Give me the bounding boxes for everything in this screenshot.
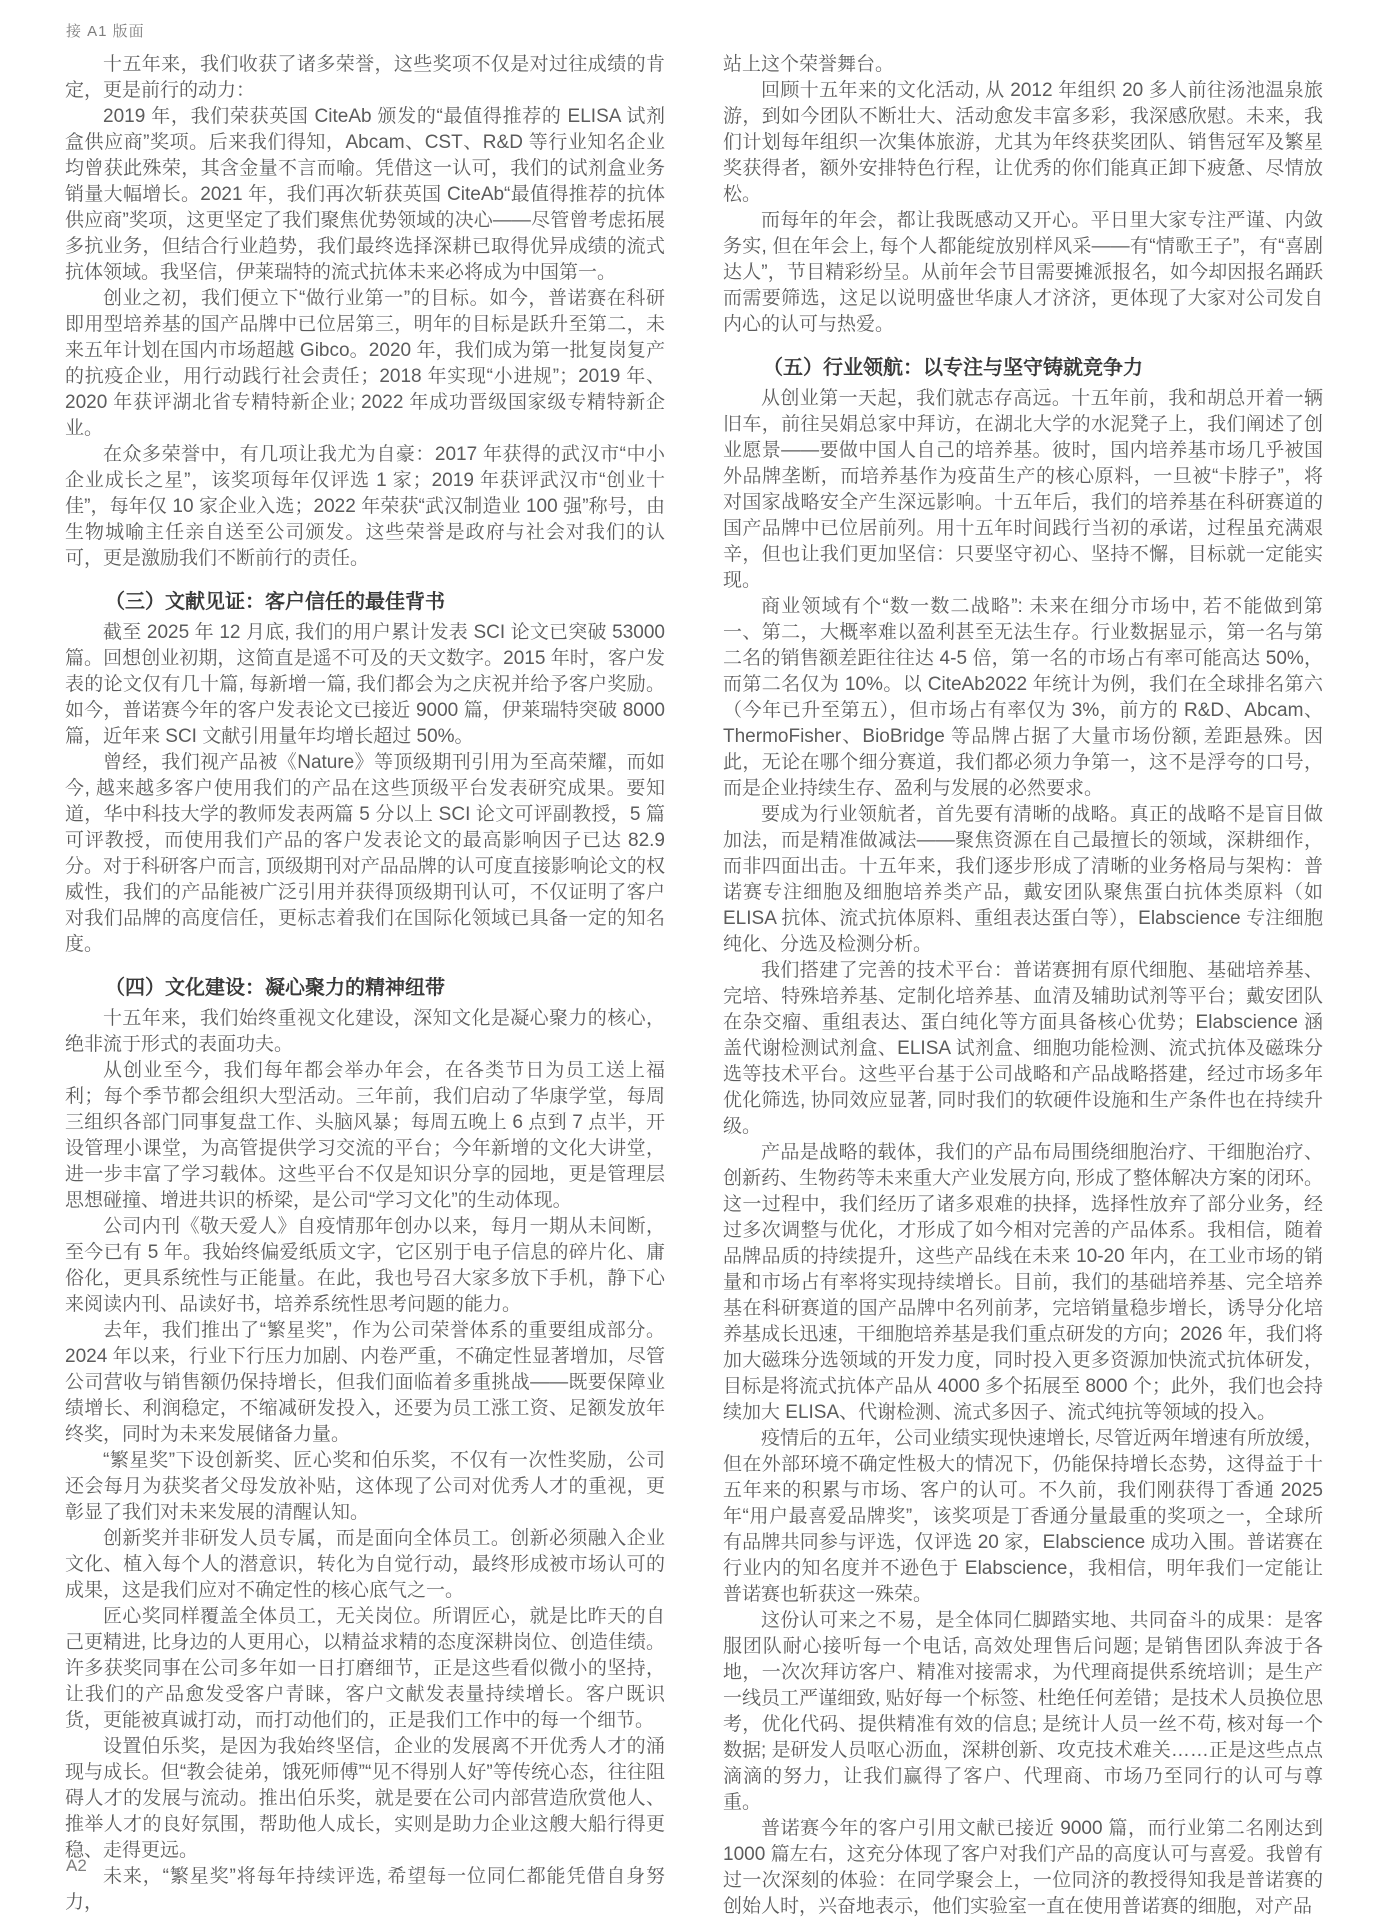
body-paragraph: 要成为行业领航者，首先要有清晰的战略。真正的战略不是盲目做加法，而是精准做减法—… bbox=[723, 802, 1323, 958]
continuation-paragraph: 站上这个荣誉舞台。 bbox=[723, 52, 1323, 78]
article-columns: 十五年来，我们收获了诸多荣誉，这些奖项不仅是对过往成绩的肯定，更是前行的动力： … bbox=[65, 52, 1323, 1920]
body-paragraph: 未来，“繁星奖”将每年持续评选, 希望每一位同仁都能凭借自身努力， bbox=[65, 1864, 665, 1916]
body-paragraph: 公司内刊《敬天爱人》自疫情那年创办以来，每月一期从未间断，至今已有 5 年。我始… bbox=[65, 1214, 665, 1318]
body-paragraph: 疫情后的五年，公司业绩实现快速增长, 尽管近两年增速有所放缓，但在外部环境不确定… bbox=[723, 1426, 1323, 1608]
section-heading-4: （四）文化建设：凝心聚力的精神纽带 bbox=[65, 975, 665, 1001]
body-paragraph: 创新奖并非研发人员专属，而是面向全体员工。创新必须融入企业文化、植入每个人的潜意… bbox=[65, 1526, 665, 1604]
column-left: 十五年来，我们收获了诸多荣誉，这些奖项不仅是对过往成绩的肯定，更是前行的动力： … bbox=[65, 52, 665, 1920]
body-paragraph: 从创业至今，我们每年都会举办年会，在各类节日为员工送上福利；每个季节都会组织大型… bbox=[65, 1058, 665, 1214]
body-paragraph: 在众多荣誉中，有几项让我尤为自豪：2017 年获得的武汉市“中小企业成长之星”，… bbox=[65, 442, 665, 572]
body-paragraph: 商业领域有个“数一数二战略”: 未来在细分市场中, 若不能做到第一、第二，大概率… bbox=[723, 594, 1323, 802]
section-heading-3: （三）文献见证：客户信任的最佳背书 bbox=[65, 589, 665, 615]
page-number: A2 bbox=[66, 1856, 87, 1876]
body-paragraph: 十五年来，我们始终重视文化建设，深知文化是凝心聚力的核心，绝非流于形式的表面功夫… bbox=[65, 1006, 665, 1058]
body-paragraph: 2019 年，我们荣获英国 CiteAb 颁发的“最值得推荐的 ELISA 试剂… bbox=[65, 104, 665, 286]
body-paragraph: 截至 2025 年 12 月底, 我们的用户累计发表 SCI 论文已突破 530… bbox=[65, 620, 665, 750]
body-paragraph: 这份认可来之不易，是全体同仁脚踏实地、共同奋斗的成果：是客服团队耐心接听每一个电… bbox=[723, 1608, 1323, 1816]
newspaper-page: 接 A1 版面 十五年来，我们收获了诸多荣誉，这些奖项不仅是对过往成绩的肯定，更… bbox=[0, 0, 1387, 1920]
page-continuation-note: 接 A1 版面 bbox=[66, 22, 145, 42]
body-paragraph: 产品是战略的载体，我们的产品布局围绕细胞治疗、干细胞治疗、创新药、生物药等未来重… bbox=[723, 1140, 1323, 1426]
body-paragraph: 创业之初，我们便立下“做行业第一”的目标。如今，普诺赛在科研即用型培养基的国产品… bbox=[65, 286, 665, 442]
body-paragraph: “繁星奖”下设创新奖、匠心奖和伯乐奖，不仅有一次性奖励，公司还会每月为获奖者父母… bbox=[65, 1448, 665, 1526]
body-paragraph: 我们搭建了完善的技术平台：普诺赛拥有原代细胞、基础培养基、完培、特殊培养基、定制… bbox=[723, 958, 1323, 1140]
body-paragraph: 设置伯乐奖，是因为我始终坚信，企业的发展离不开优秀人才的涌现与成长。但“教会徒弟… bbox=[65, 1734, 665, 1864]
body-paragraph: 匠心奖同样覆盖全体员工，无关岗位。所谓匠心，就是比昨天的自己更精进, 比身边的人… bbox=[65, 1604, 665, 1734]
body-paragraph: 从创业第一天起，我们就志存高远。十五年前，我和胡总开着一辆旧车，前往吴娟总家中拜… bbox=[723, 386, 1323, 594]
column-right: 站上这个荣誉舞台。 回顾十五年来的文化活动, 从 2012 年组织 20 多人前… bbox=[723, 52, 1323, 1920]
body-paragraph: 普诺赛今年的客户引用文献已接近 9000 篇，而行业第二名刚达到 1000 篇左… bbox=[723, 1816, 1323, 1920]
body-paragraph: 十五年来，我们收获了诸多荣誉，这些奖项不仅是对过往成绩的肯定，更是前行的动力： bbox=[65, 52, 665, 104]
section-heading-5: （五）行业领航：以专注与坚守铸就竞争力 bbox=[723, 355, 1323, 381]
body-paragraph: 曾经，我们视产品被《Nature》等顶级期刊引用为至高荣耀，而如今, 越来越多客… bbox=[65, 750, 665, 958]
body-paragraph: 回顾十五年来的文化活动, 从 2012 年组织 20 多人前往汤池温泉旅游，到如… bbox=[723, 78, 1323, 208]
body-paragraph: 去年，我们推出了“繁星奖”，作为公司荣誉体系的重要组成部分。2024 年以来，行… bbox=[65, 1318, 665, 1448]
body-paragraph: 而每年的年会，都让我既感动又开心。平日里大家专注严谨、内敛务实, 但在年会上, … bbox=[723, 208, 1323, 338]
